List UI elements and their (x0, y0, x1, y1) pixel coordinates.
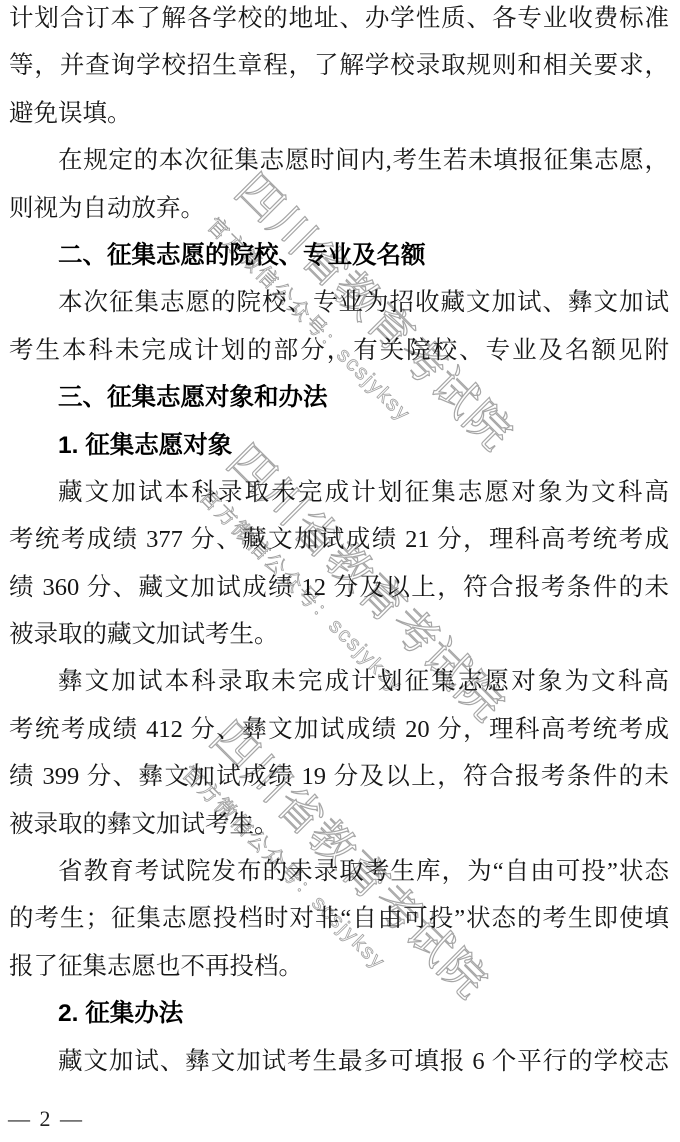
body-text-line: 被录取的藏文加试考生。 (9, 611, 669, 658)
body-text-line: 本次征集志愿的院校、专业为招收藏文加试、彝文加试 (9, 279, 669, 326)
heading-line: 1. 征集志愿对象 (9, 422, 669, 469)
body-text-line: 考统考成绩 377 分、藏文加试成绩 21 分，理科高考统考成 (9, 516, 669, 563)
body-text-line: 考生本科未完成计划的部分，有关院校、专业及名额见附件。 (9, 327, 669, 374)
document-page: 四川省教育考试院 官方微信公众号：scsjyksy 四川省教育考试院 官方微信公… (0, 0, 680, 1142)
body-text-line: 绩 399 分、彝文加试成绩 19 分及以上，符合报考条件的未 (9, 753, 669, 800)
document-content: 计划合订本了解各学校的地址、办学性质、各专业收费标准等，并查询学校招生章程，了解… (9, 0, 669, 1085)
body-text-line: 考统考成绩 412 分、彝文加试成绩 20 分，理科高考统考成 (9, 706, 669, 753)
body-text-line: 的考生；征集志愿投档时对非“自由可投”状态的考生即使填 (9, 895, 669, 942)
body-text-line: 绩 360 分、藏文加试成绩 12 分及以上，符合报考条件的未 (9, 564, 669, 611)
body-text-line: 省教育考试院发布的未录取考生库，为“自由可投”状态 (9, 848, 669, 895)
heading-line: 2. 征集办法 (9, 990, 669, 1037)
body-text-line: 彝文加试本科录取未完成计划征集志愿对象为文科高 (9, 658, 669, 705)
body-text-line: 避免误填。 (9, 90, 669, 137)
heading-line: 三、征集志愿对象和办法 (9, 374, 669, 421)
heading-line: 二、征集志愿的院校、专业及名额 (9, 232, 669, 279)
page-number: — 2 — (8, 1106, 84, 1132)
body-text-line: 等，并查询学校招生章程，了解学校录取规则和相关要求， (9, 42, 669, 89)
body-text-line: 在规定的本次征集志愿时间内,考生若未填报征集志愿， (9, 137, 669, 184)
body-text-line: 则视为自动放弃。 (9, 185, 669, 232)
body-text-line: 被录取的彝文加试考生。 (9, 801, 669, 848)
body-text-line: 藏文加试、彝文加试考生最多可填报 6 个平行的学校志 (9, 1038, 669, 1085)
body-text-line: 报了征集志愿也不再投档。 (9, 943, 669, 990)
body-text-line: 计划合订本了解各学校的地址、办学性质、各专业收费标准 (9, 0, 669, 42)
body-text-line: 藏文加试本科录取未完成计划征集志愿对象为文科高 (9, 469, 669, 516)
